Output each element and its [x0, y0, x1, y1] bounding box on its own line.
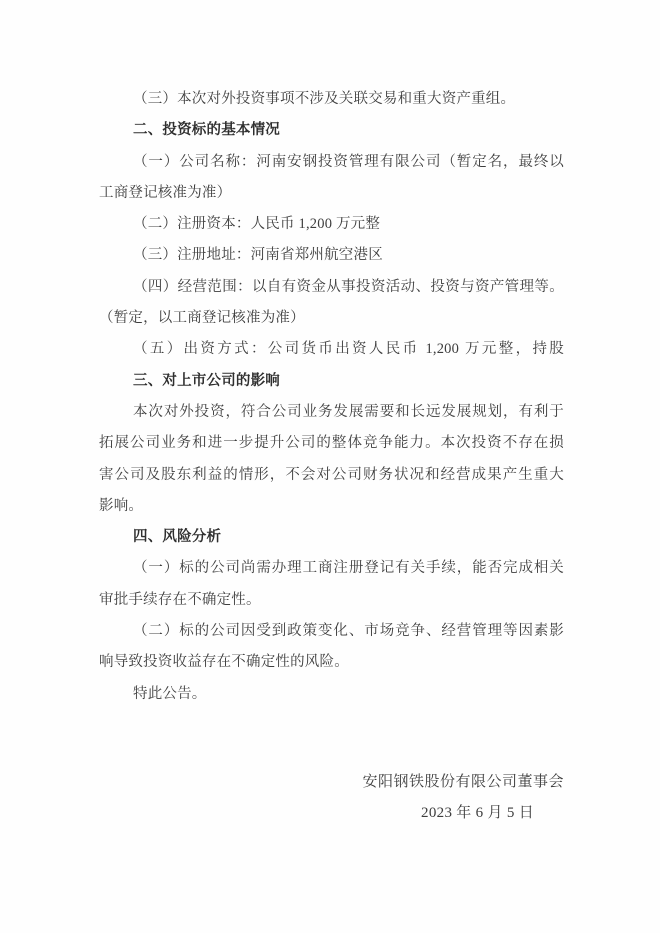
section-heading: 三、对上市公司的影响 — [99, 366, 564, 397]
text-line: 影响。 — [99, 491, 564, 522]
text-line: （三）本次对外投资事项不涉及关联交易和重大资产重组。 — [99, 84, 564, 115]
signature-company: 安阳钢铁股份有限公司董事会 — [99, 767, 564, 798]
text-line: 工商登记核准为准） — [99, 178, 564, 209]
text-line: （五）出资方式：公司货币出资人民币 1,200 万元整，持股 100%。 — [99, 334, 564, 365]
signature-block: 安阳钢铁股份有限公司董事会 2023 年 6 月 5 日 — [99, 767, 564, 830]
text-line: 害公司及股东利益的情形，不会对公司财务状况和经营成果产生重大 — [99, 460, 564, 491]
text-line: 特此公告。 — [99, 679, 564, 710]
text-line: 拓展公司业务和进一步提升公司的整体竞争能力。本次投资不存在损 — [99, 428, 564, 459]
text-line: （一）标的公司尚需办理工商注册登记有关手续，能否完成相关 — [99, 553, 564, 584]
section-heading: 四、风险分析 — [99, 522, 564, 553]
text-line: （二）注册资本：人民币 1,200 万元整 — [99, 209, 564, 240]
document-page: （三）本次对外投资事项不涉及关联交易和重大资产重组。二、投资标的基本情况（一）公… — [0, 0, 660, 933]
text-line: （四）经营范围：以自有资金从事投资活动、投资与资产管理等。 — [99, 272, 564, 303]
text-line: （三）注册地址：河南省郑州航空港区 — [99, 240, 564, 271]
text-line: 本次对外投资，符合公司业务发展需要和长远发展规划，有利于 — [99, 397, 564, 428]
text-line: 审批手续存在不确定性。 — [99, 585, 564, 616]
document-body: （三）本次对外投资事项不涉及关联交易和重大资产重组。二、投资标的基本情况（一）公… — [99, 84, 564, 710]
text-line: （一）公司名称：河南安钢投资管理有限公司（暂定名，最终以 — [99, 147, 564, 178]
text-line: （二）标的公司因受到政策变化、市场竞争、经营管理等因素影 — [99, 616, 564, 647]
section-heading: 二、投资标的基本情况 — [99, 115, 564, 146]
text-line: 响导致投资收益存在不确定性的风险。 — [99, 647, 564, 678]
signature-date: 2023 年 6 月 5 日 — [99, 798, 564, 829]
text-line: （暂定，以工商登记核准为准） — [99, 303, 564, 334]
